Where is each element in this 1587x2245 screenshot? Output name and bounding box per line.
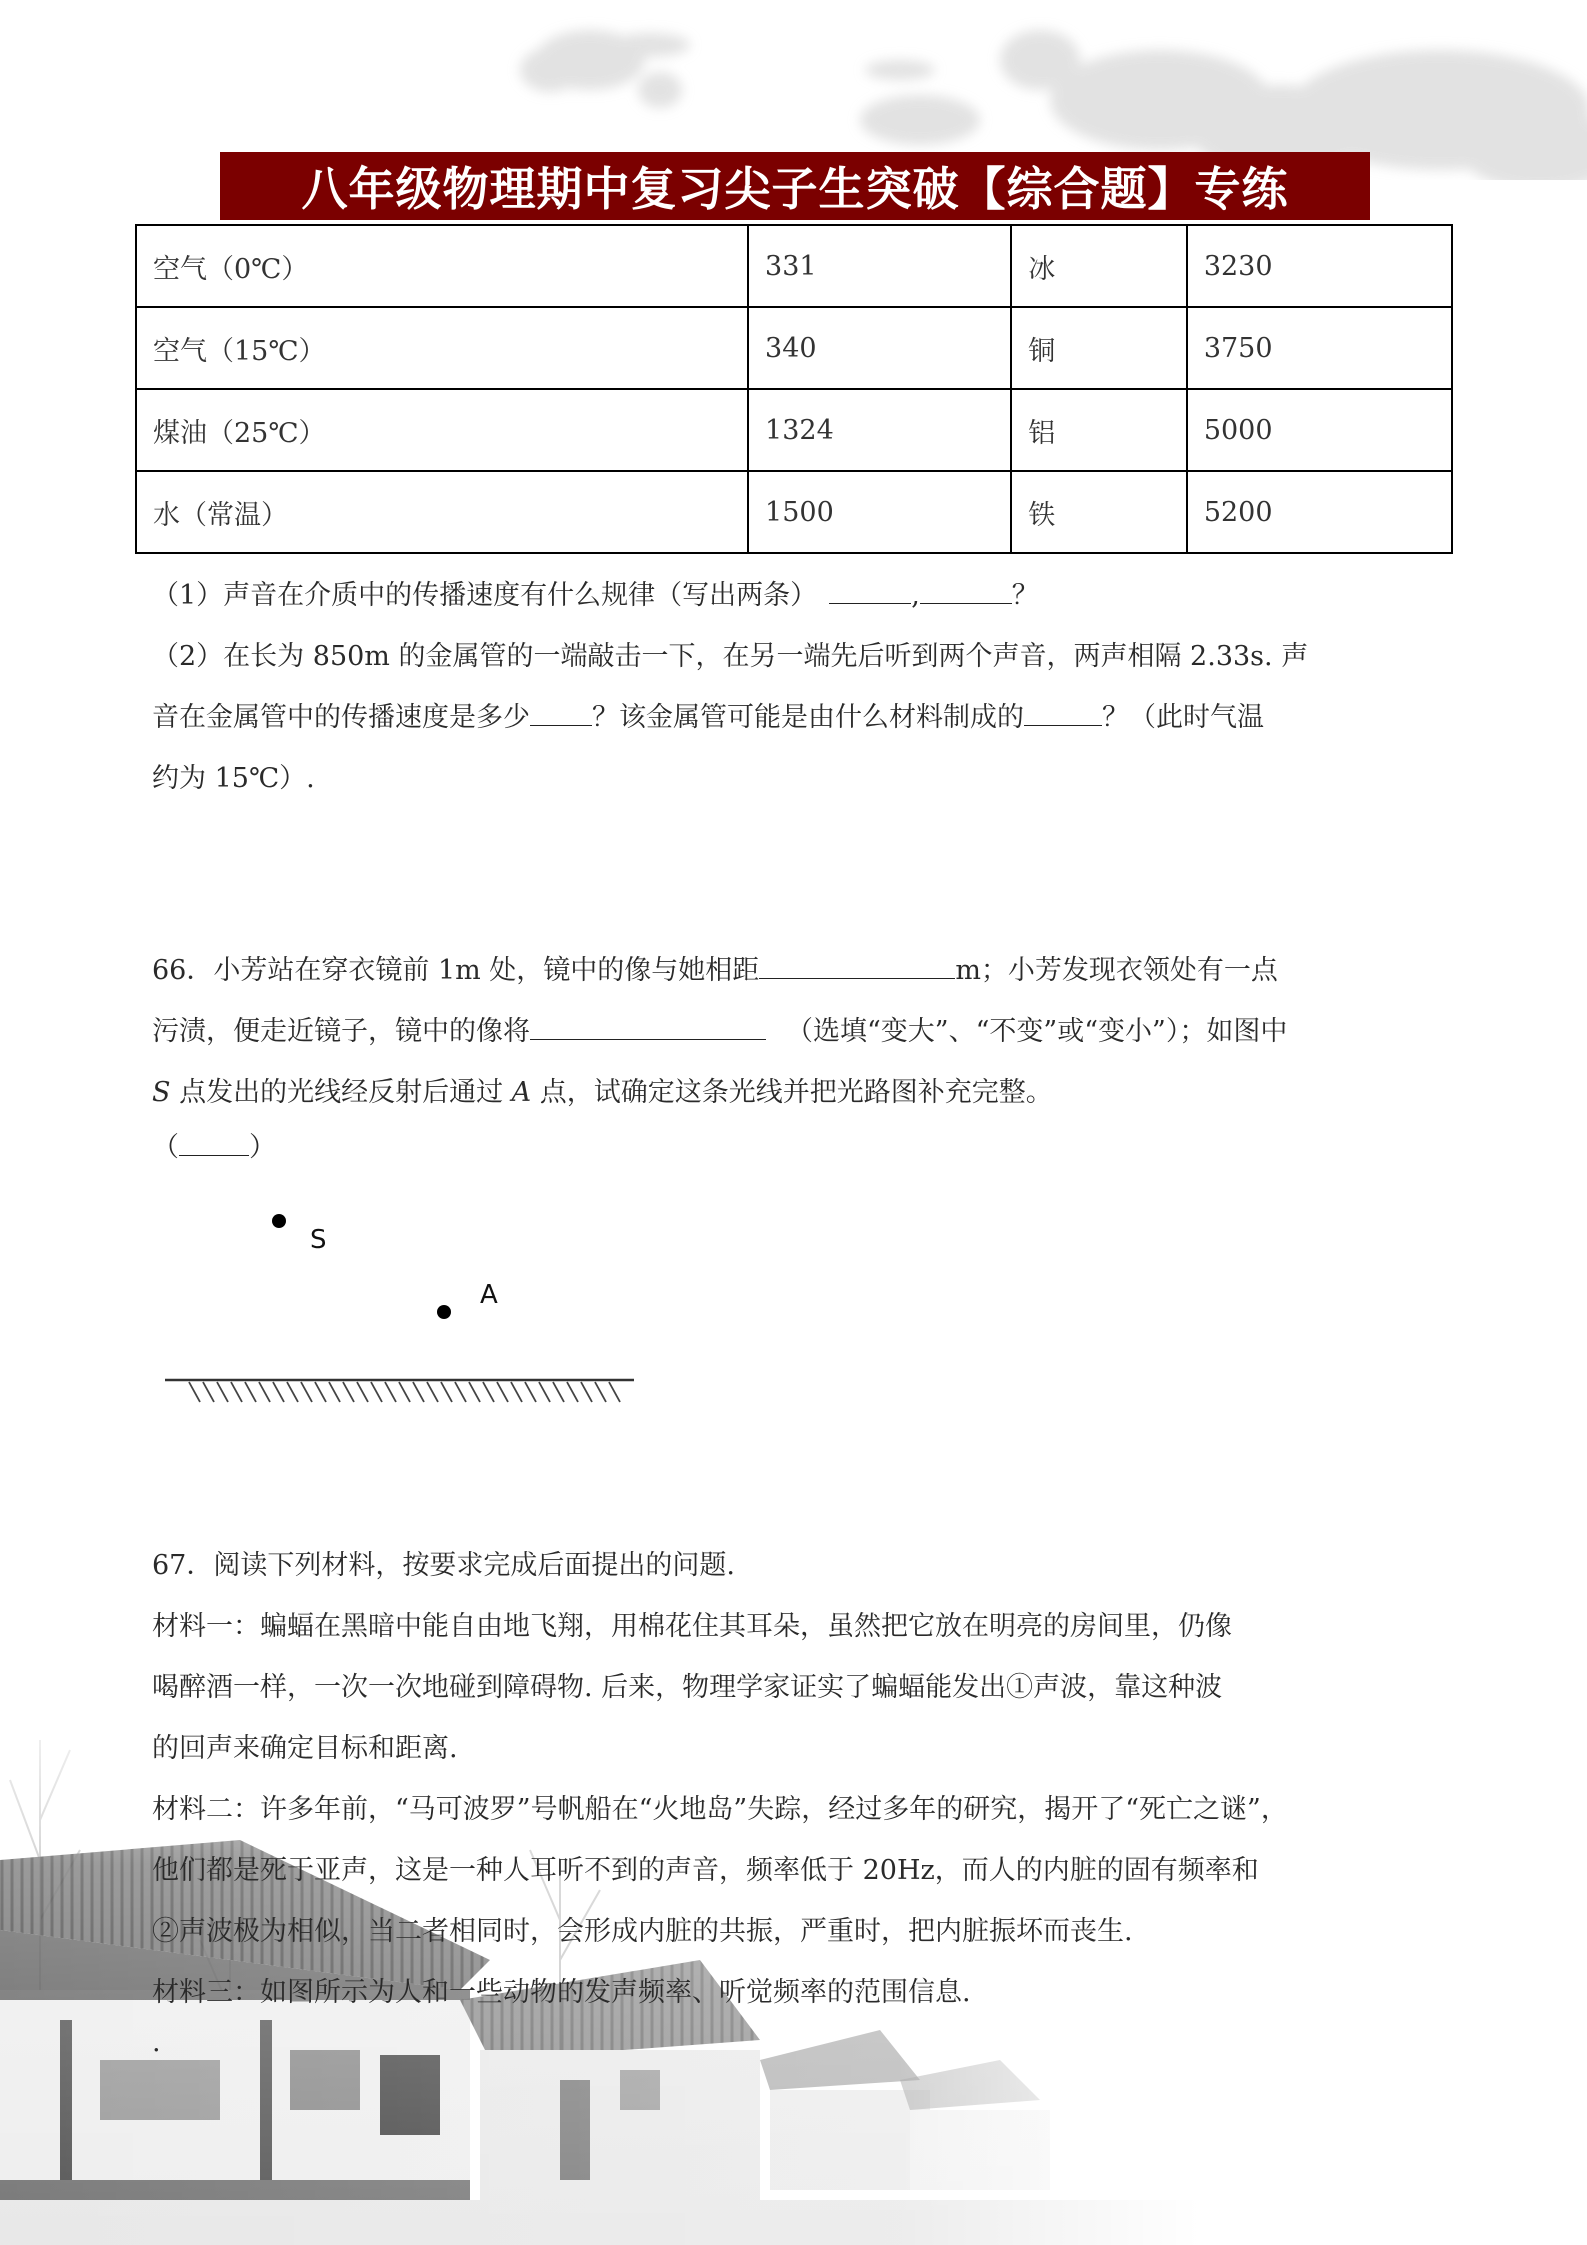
q67-trailing-dot: . — [152, 2023, 1442, 2063]
table-cell-speed: 340 — [748, 307, 1011, 389]
point-s-dot — [272, 1214, 286, 1228]
question-65-parts: （1）声音在介质中的传播速度有什么规律（写出两条）,？ （2）在长为 850m … — [152, 565, 1442, 809]
table-cell-medium: 冰 — [1011, 225, 1187, 307]
table-cell-medium: 空气（15℃） — [136, 307, 748, 389]
table-cell-speed: 5000 — [1187, 389, 1452, 471]
answer-blank[interactable] — [179, 1129, 249, 1156]
answer-blank[interactable] — [530, 699, 592, 726]
table-cell-medium: 水（常温） — [136, 471, 748, 553]
question-67: 67．阅读下列材料，按要求完成后面提出的问题. 材料一：蝙蝠在黑暗中能自由地飞翔… — [152, 1535, 1442, 2063]
sound-speed-table: 空气（0℃） 331 冰 3230 空气（15℃） 340 铜 3750 煤油（… — [135, 224, 1453, 554]
table-cell-speed: 3750 — [1187, 307, 1452, 389]
table-row: 水（常温） 1500 铁 5200 — [136, 471, 1452, 553]
point-a-dot — [437, 1305, 451, 1319]
q67-material2-line: 材料二：许多年前，“马可波罗”号帆船在“火地岛”失踪，经过多年的研究，揭开了“死… — [152, 1779, 1442, 1840]
q65-part2-line1: （2）在长为 850m 的金属管的一端敲击一下，在另一端先后听到两个声音，两声相… — [152, 626, 1442, 687]
mirror-reflection-figure: S A — [148, 1190, 688, 1470]
table-cell-medium: 铝 — [1011, 389, 1187, 471]
q67-material2-line: ②声波极为相似，当二者相同时，会形成内脏的共振，严重时，把内脏振坏而丧生. — [152, 1901, 1442, 1962]
q66-line4: （） — [152, 1123, 1442, 1173]
table-row: 空气（15℃） 340 铜 3750 — [136, 307, 1452, 389]
answer-blank[interactable] — [920, 577, 1012, 604]
answer-blank[interactable] — [1024, 699, 1102, 726]
table-row: 煤油（25℃） 1324 铝 5000 — [136, 389, 1452, 471]
table-cell-speed: 1324 — [748, 389, 1011, 471]
q67-material3: 材料三：如图所示为人和一些动物的发声频率、听觉频率的范围信息. — [152, 1962, 1442, 2023]
page-title: 八年级物理期中复习尖子生突破【综合题】专练 — [220, 152, 1370, 220]
q65-part2-line2: 音在金属管中的传播速度是多少？该金属管可能是由什么材料制成的？（此时气温 — [152, 687, 1442, 748]
table-cell-medium: 铁 — [1011, 471, 1187, 553]
answer-blank[interactable] — [759, 952, 955, 979]
q67-material1-line: 喝醉酒一样，一次一次地碰到障碍物. 后来，物理学家证实了蝙蝠能发出①声波，靠这种… — [152, 1657, 1442, 1718]
q67-intro: 67．阅读下列材料，按要求完成后面提出的问题. — [152, 1535, 1442, 1596]
table-cell-speed: 3230 — [1187, 225, 1452, 307]
q66-line1: 66．小芳站在穿衣镜前 1m 处，镜中的像与她相距m；小芳发现衣领处有一点 — [152, 940, 1442, 1001]
table-row: 空气（0℃） 331 冰 3230 — [136, 225, 1452, 307]
table-cell-speed: 5200 — [1187, 471, 1452, 553]
point-s-label: S — [310, 1225, 327, 1255]
table-cell-medium: 煤油（25℃） — [136, 389, 748, 471]
answer-blank[interactable] — [829, 577, 911, 604]
point-a-label: A — [480, 1280, 498, 1310]
q66-line2: 污渍，便走近镜子，镜中的像将（选填“变大”、“不变”或“变小”）；如图中 — [152, 1001, 1442, 1062]
table-cell-speed: 1500 — [748, 471, 1011, 553]
q65-part1: （1）声音在介质中的传播速度有什么规律（写出两条）,？ — [152, 565, 1442, 626]
q67-material2-line: 他们都是死于亚声，这是一种人耳听不到的声音，频率低于 20Hz，而人的内脏的固有… — [152, 1840, 1442, 1901]
table-cell-speed: 331 — [748, 225, 1011, 307]
table-cell-medium: 空气（0℃） — [136, 225, 748, 307]
question-66: 66．小芳站在穿衣镜前 1m 处，镜中的像与她相距m；小芳发现衣领处有一点 污渍… — [152, 940, 1442, 1173]
table-cell-medium: 铜 — [1011, 307, 1187, 389]
q67-material1-line: 材料一：蝙蝠在黑暗中能自由地飞翔，用棉花住其耳朵，虽然把它放在明亮的房间里，仍像 — [152, 1596, 1442, 1657]
mirror-surface — [165, 1380, 634, 1402]
page-title-text: 八年级物理期中复习尖子生突破【综合题】专练 — [302, 153, 1289, 219]
q65-part2-line3: 约为 15℃）. — [152, 748, 1442, 809]
q67-material1-line: 的回声来确定目标和距离. — [152, 1718, 1442, 1779]
q66-line3: S 点发出的光线经反射后通过 A 点，试确定这条光线并把光路图补充完整。 — [152, 1062, 1442, 1123]
answer-blank[interactable] — [530, 1013, 766, 1040]
